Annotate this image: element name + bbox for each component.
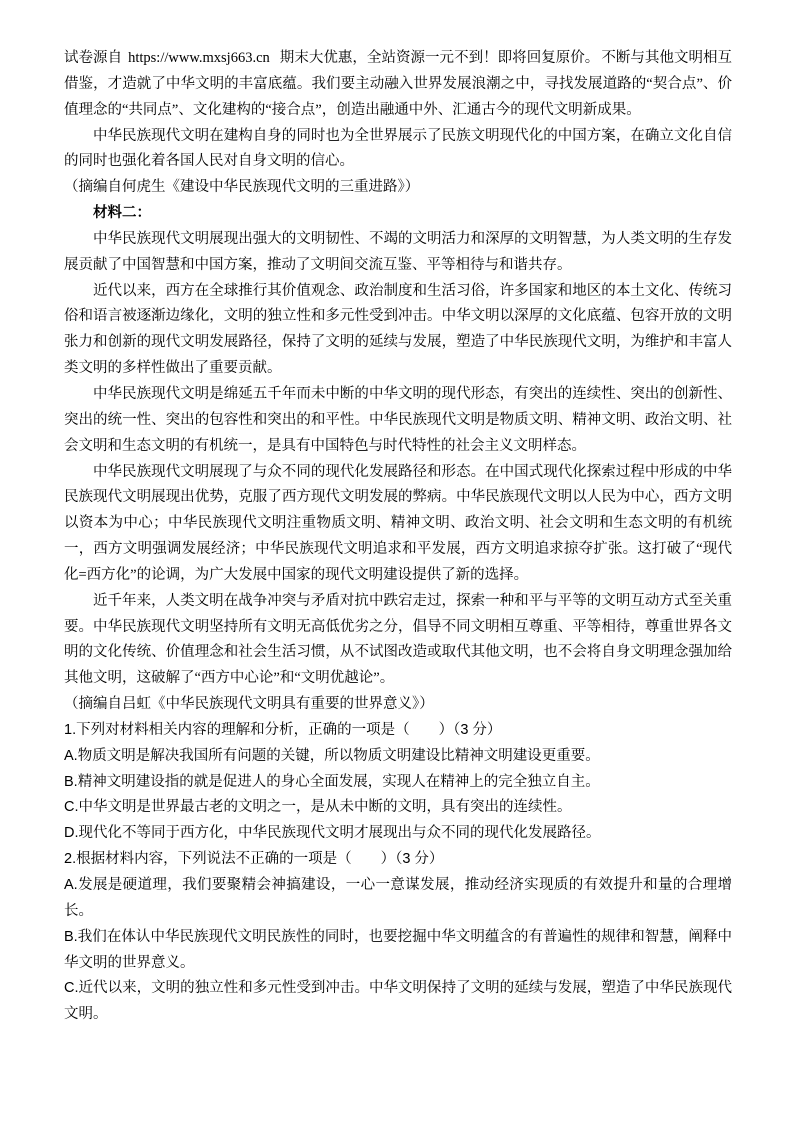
material-two-label: 材料二： xyxy=(64,201,732,227)
material-one-paragraph: 中华民族现代文明在建构自身的同时也为全世界展示了民族文明现代化的中国方案，在确立… xyxy=(64,124,732,176)
source-url-link[interactable]: https://www.mxsj663.cn xyxy=(128,50,270,66)
question-1-option-b: B.精神文明建设指的就是促进人的身心全面发展，实现人在精神上的完全独立自主。 xyxy=(64,770,732,796)
question-2-option-a: A.发展是硬道理，我们要聚精会神搞建设，一心一意谋发展，推动经济实现质的有效提升… xyxy=(64,873,732,925)
material-two-attribution: （摘编自吕虹《中华民族现代文明具有重要的世界意义》） xyxy=(64,692,732,718)
material-two-paragraph-3: 中华民族现代文明是绵延五千年而未中断的中华文明的现代形态，有突出的连续性、突出的… xyxy=(64,382,732,460)
exam-page: 试卷源自https://www.mxsj663.cn期末大优惠，全站资源一元不到… xyxy=(64,46,732,1028)
material-one-attribution: （摘编自何虎生《建设中华民族现代文明的三重进路》） xyxy=(64,175,732,201)
material-two-paragraph-5: 近千年来，人类文明在战争冲突与矛盾对抗中跌宕走过，探索一种和平与平等的文明互动方… xyxy=(64,589,732,692)
intro-paragraph: 试卷源自https://www.mxsj663.cn期末大优惠，全站资源一元不到… xyxy=(64,46,732,124)
question-2-option-c: C.近代以来，文明的独立性和多元性受到冲击。中华文明保持了文明的延续与发展，塑造… xyxy=(64,976,732,1028)
question-1-stem: 1.下列对材料相关内容的理解和分析，正确的一项是（ ）（3 分） xyxy=(64,718,732,744)
source-label: 试卷源自 xyxy=(64,50,122,66)
question-1-option-a: A.物质文明是解决我国所有问题的关键，所以物质文明建设比精神文明建设更重要。 xyxy=(64,744,732,770)
question-1-option-c: C.中华文明是世界最古老的文明之一，是从未中断的文明，具有突出的连续性。 xyxy=(64,795,732,821)
question-1-option-d: D.现代化不等同于西方化，中华民族现代文明才展现出与众不同的现代化发展路径。 xyxy=(64,821,732,847)
material-two-paragraph-2: 近代以来，西方在全球推行其价值观念、政治制度和生活习俗，许多国家和地区的本土文化… xyxy=(64,279,732,382)
question-2-stem: 2.根据材料内容，下列说法不正确的一项是（ ）（3 分） xyxy=(64,847,732,873)
material-two-paragraph-1: 中华民族现代文明展现出强大的文明韧性、不竭的文明活力和深厚的文明智慧，为人类文明… xyxy=(64,227,732,279)
promo-text: 期末大优惠，全站资源一元不到！即将回复原价。 xyxy=(280,50,600,66)
material-two-paragraph-4: 中华民族现代文明展现了与众不同的现代化发展路径和形态。在中国式现代化探索过程中形… xyxy=(64,460,732,589)
question-2-option-b: B.我们在体认中华民族现代文明民族性的同时，也要挖掘中华文明蕴含的有普遍性的规律… xyxy=(64,925,732,977)
